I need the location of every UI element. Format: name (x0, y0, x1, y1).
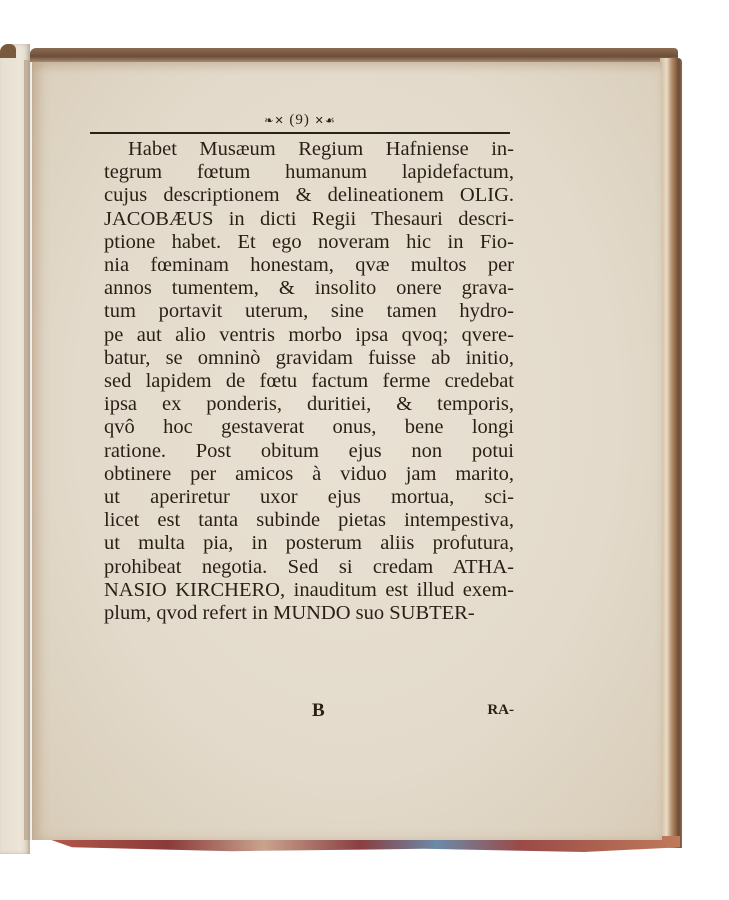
text-line: sed lapidem de fœtu factum ferme credeba… (104, 370, 514, 393)
left-cover-corner (0, 44, 16, 58)
text-line: obtinere per amicos à viduo jam marito, (104, 463, 514, 486)
text-line: ut multa pia, in posterum aliis profutur… (104, 532, 514, 555)
page-header: ❧✕ (9) ✕☙ (90, 112, 510, 129)
text-line: ratione. Post obitum ejus non potui (104, 440, 514, 463)
text-line: batur, se omninò gravidam fuisse ab init… (104, 347, 514, 370)
book-cover-top-edge (30, 48, 678, 62)
text-line: ptione habet. Et ego noveram hic in Fio- (104, 231, 514, 254)
catchword: RA- (487, 702, 514, 719)
text-line: ut aperiretur uxor ejus mortua, sci- (104, 486, 514, 509)
text-line: NASIO KIRCHERO, inauditum est illud exem… (104, 579, 514, 602)
text-line: pe aut alio ventris morbo ipsa qvoq; qve… (104, 324, 514, 347)
text-line: plum, qvod refert in MUNDO suo SUBTER- (104, 602, 514, 625)
page-number: (9) (289, 112, 310, 128)
text-line: tum portavit uterum, sine tamen hydro- (104, 300, 514, 323)
spine-shadow (24, 60, 34, 840)
book-cover-right-edge (660, 58, 682, 848)
ornament-right-icon: ✕☙ (315, 115, 336, 127)
text-line: ipsa ex ponderis, duritiei, & temporis, (104, 393, 514, 416)
text-line: qvô hoc gestaverat onus, bene longi (104, 416, 514, 439)
text-line: nia fœminam honestam, qvæ multos per (104, 254, 514, 277)
ornament-left-icon: ❧✕ (264, 115, 284, 127)
text-line: licet est tanta subinde pietas intempest… (104, 509, 514, 532)
text-line: prohibeat negotia. Sed si credam ATHA- (104, 556, 514, 579)
page-footer: B RA- (104, 700, 514, 724)
text-line: annos tumentem, & insolito onere grava- (104, 277, 514, 300)
signature-mark: B (312, 700, 325, 722)
text-line: tegrum fœtum humanum lapidefactum, (104, 161, 514, 184)
text-line: JACOBÆUS in dicti Regii Thesauri descri- (104, 208, 514, 231)
page-body-text: Habet Musæum Regium Hafniense in-tegrum … (104, 138, 514, 625)
header-rule (90, 132, 510, 134)
text-line: Habet Musæum Regium Hafniense in- (104, 138, 514, 161)
text-line: cujus descriptionem & delineationem OLIG… (104, 184, 514, 207)
